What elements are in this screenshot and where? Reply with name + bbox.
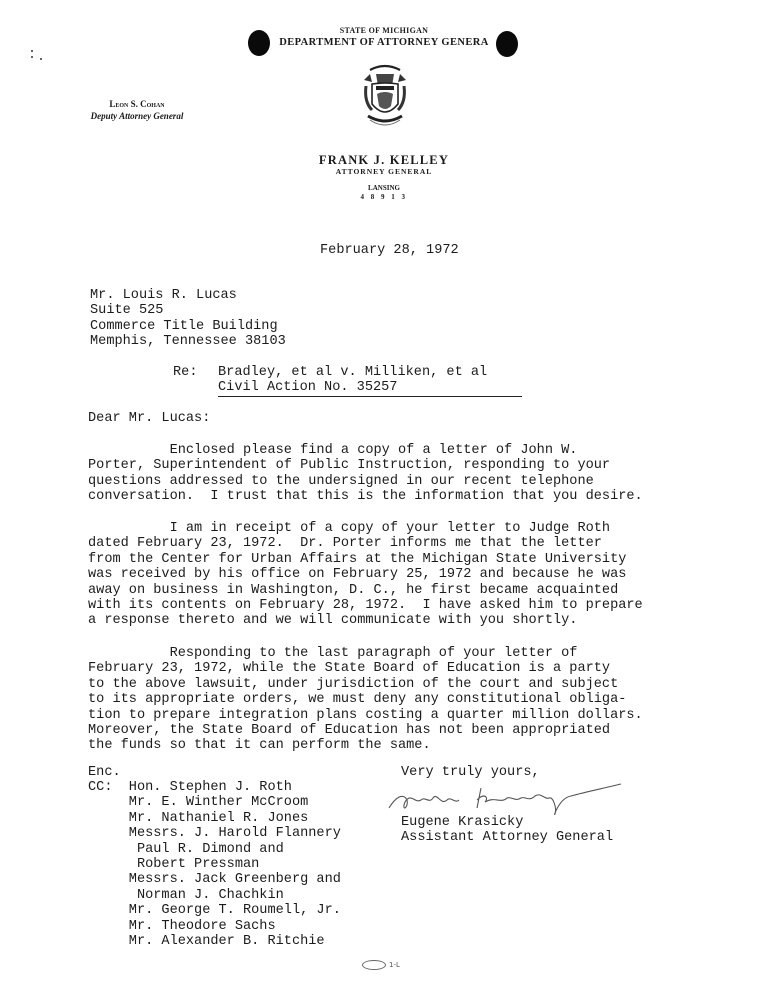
attorney-general-name: FRANK J. KELLEY — [0, 153, 768, 168]
salutation: Dear Mr. Lucas: — [88, 411, 210, 426]
deputy-title: Deputy Attorney General — [62, 111, 212, 121]
union-bug-icon — [362, 960, 386, 970]
scan-speck — [40, 58, 42, 60]
union-label: 1-L — [362, 960, 400, 970]
re-label: Re: — [173, 365, 197, 380]
union-label-code: 1-L — [389, 961, 400, 969]
re-underline — [218, 396, 522, 397]
cc-list: CC: Hon. Stephen J. Roth Mr. E. Winther … — [88, 780, 341, 949]
enclosure-notation: Enc. — [88, 765, 121, 780]
letterhead-department: DEPARTMENT OF ATTORNEY GENERA — [0, 37, 768, 48]
scan-speck — [31, 56, 33, 58]
deputy-name: Leon S. Cohan — [62, 99, 212, 109]
paragraph-1: Enclosed please find a copy of a letter … — [88, 443, 643, 505]
attorney-general-title: ATTORNEY GENERAL — [0, 167, 768, 176]
scan-speck — [31, 50, 33, 52]
letterhead-zip: 4 8 9 1 3 — [0, 193, 768, 201]
signer-block: Eugene Krasicky Assistant Attorney Gener… — [401, 815, 613, 846]
letter-date: February 28, 1972 — [320, 243, 459, 258]
re-subject: Bradley, et al v. Milliken, et al Civil … — [218, 365, 487, 396]
paragraph-2: I am in receipt of a copy of your letter… — [88, 521, 643, 629]
michigan-seal-icon — [358, 62, 412, 132]
letterhead-state: STATE OF MICHIGAN — [0, 26, 768, 35]
letterhead-city: LANSING — [0, 184, 768, 192]
recipient-address: Mr. Louis R. Lucas Suite 525 Commerce Ti… — [90, 288, 286, 350]
signature-icon — [385, 778, 625, 818]
paragraph-3: Responding to the last paragraph of your… — [88, 646, 643, 754]
